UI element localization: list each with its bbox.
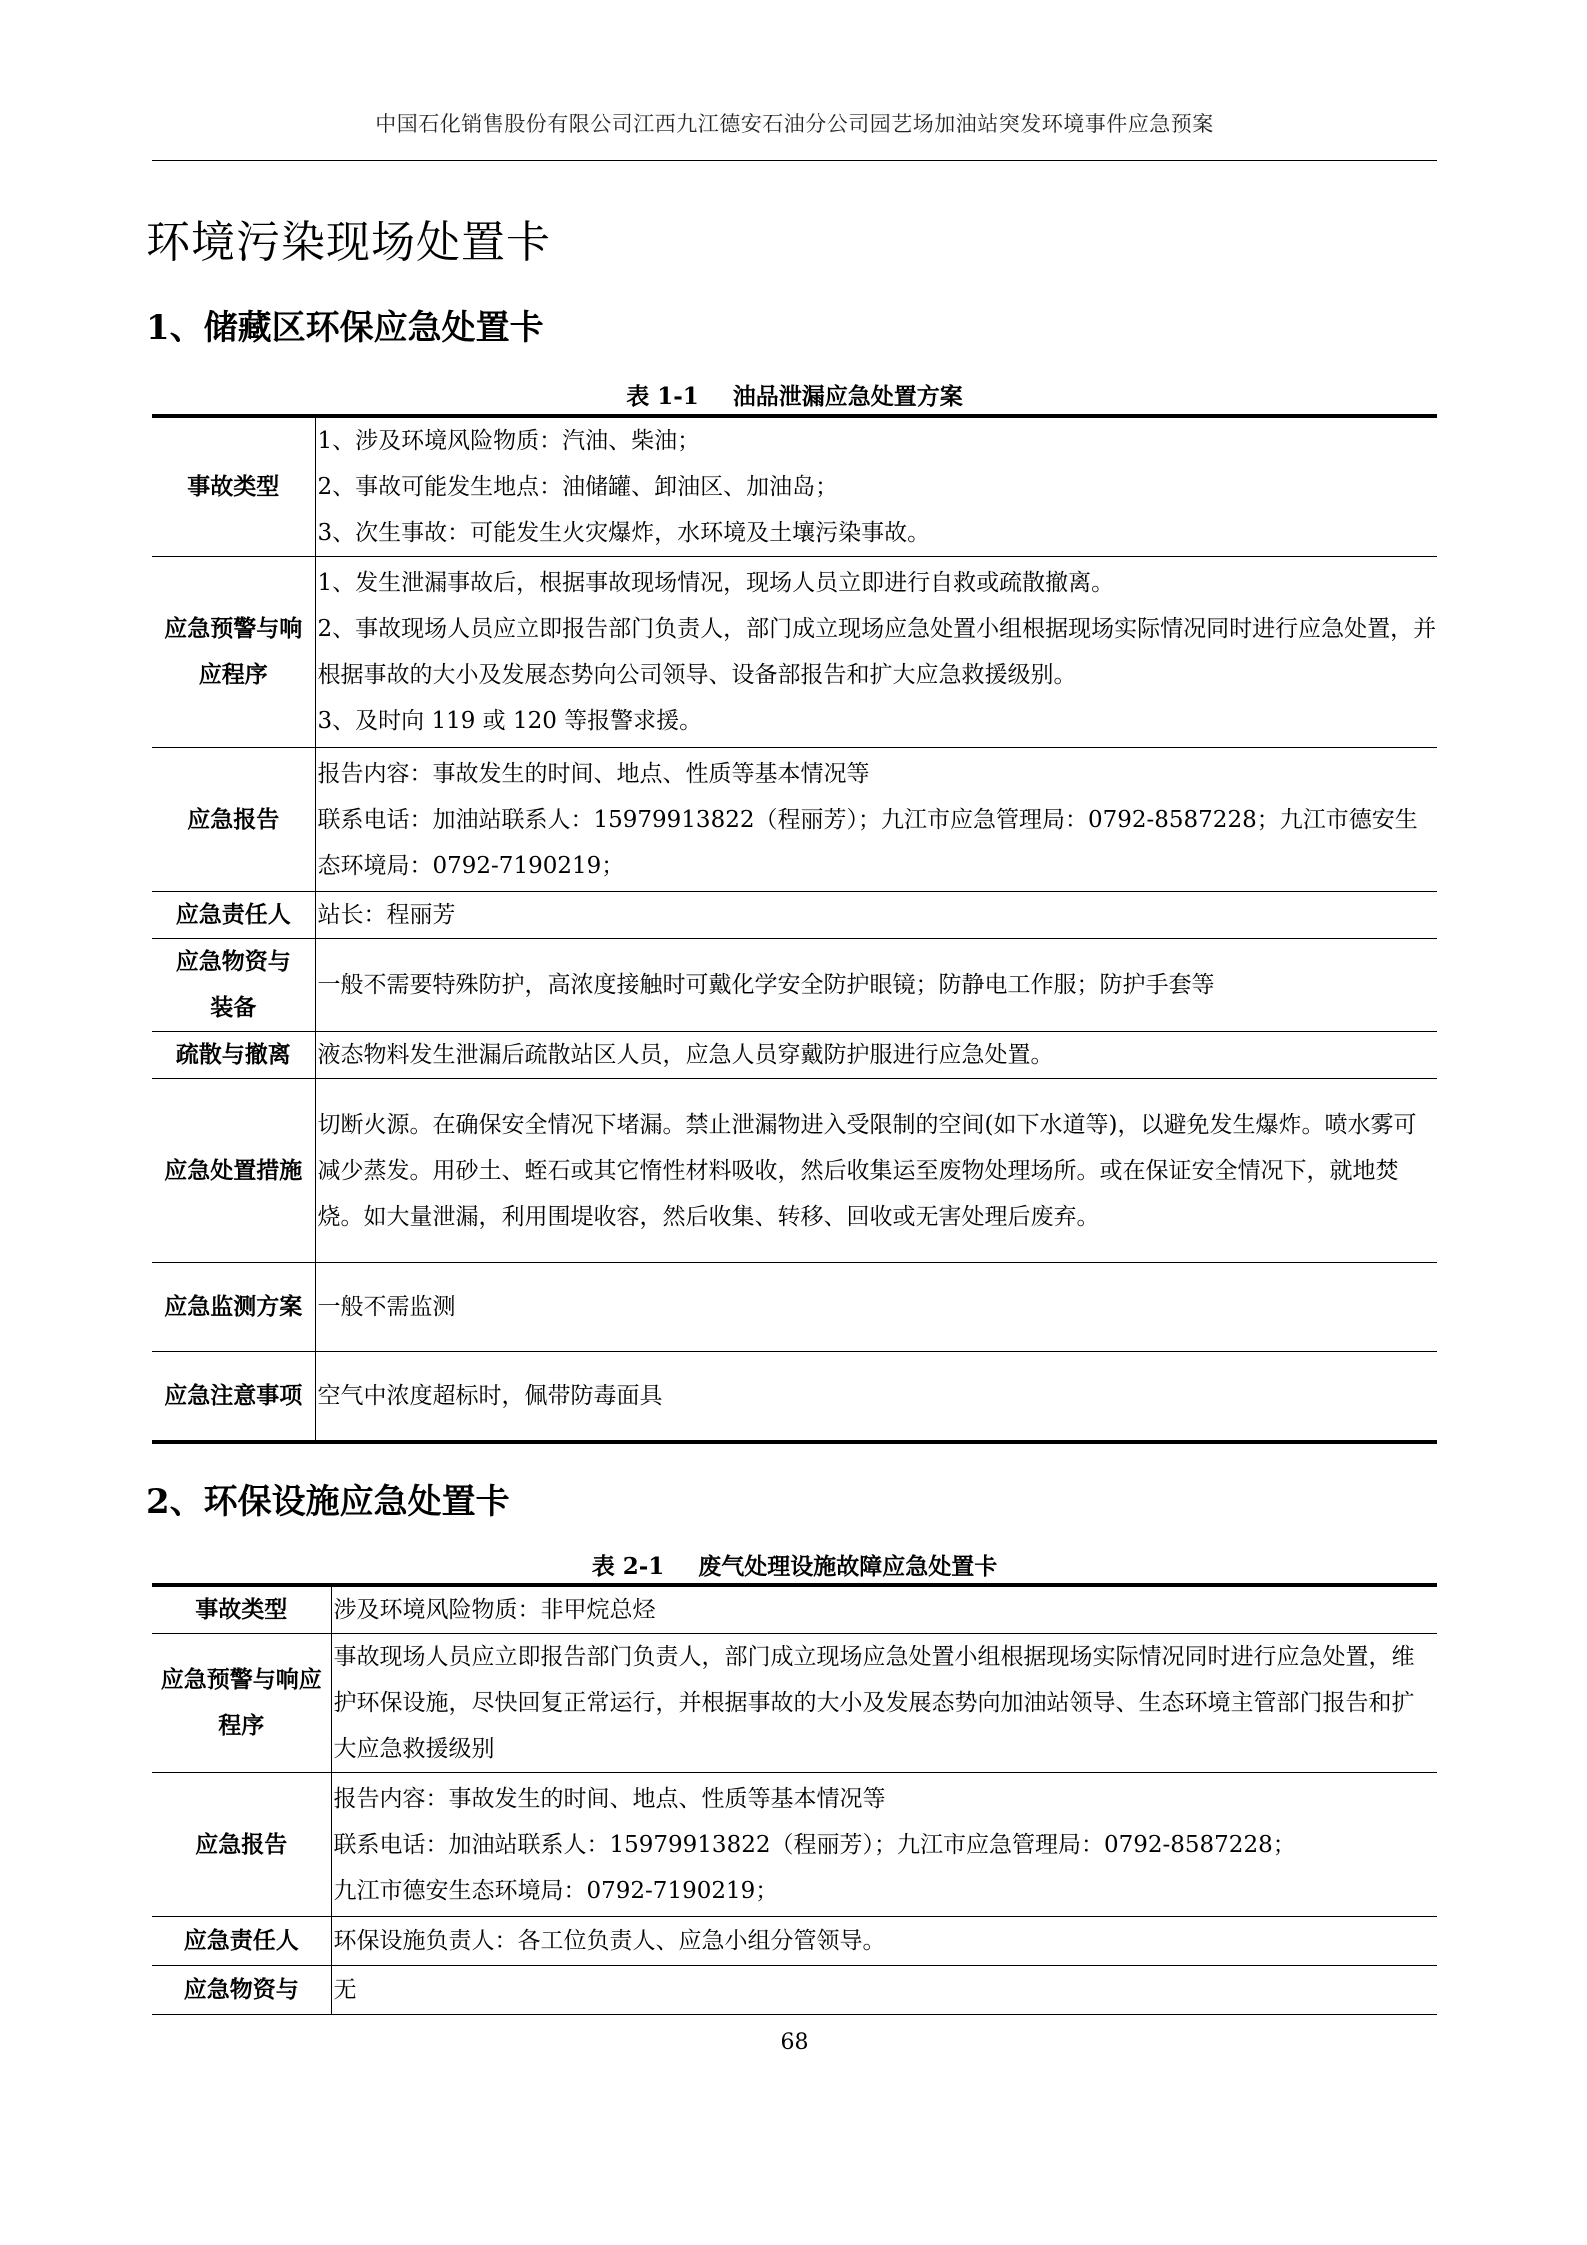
- table-exhaust-facility-failure: 事故类型 涉及环境风险物质：非甲烷总烃 应急预警与响应程序 事故现场人员应立即报…: [152, 1583, 1437, 2015]
- row-label: 应急处置措施: [152, 1079, 315, 1263]
- row-label: 应急物资与: [152, 1966, 331, 2015]
- table-row: 应急报告 报告内容：事故发生的时间、地点、性质等基本情况等 联系电话：加油站联系…: [152, 748, 1437, 892]
- value-line: 涉及环境风险物质：非甲烷总烃: [334, 1587, 1438, 1633]
- table-row: 应急处置措施 切断火源。在确保安全情况下堵漏。禁止泄漏物进入受限制的空间(如下水…: [152, 1079, 1437, 1263]
- section-heading-2: 2、环保设施应急处置卡: [146, 1474, 510, 1523]
- table-title: 废气处理设施故障应急处置卡: [698, 1553, 997, 1580]
- document-title: 环境污染现场处置卡: [146, 206, 551, 270]
- table-oil-spill-response: 事故类型 1、涉及环境风险物质：汽油、柴油； 2、事故可能发生地点：油储罐、卸油…: [152, 414, 1437, 1444]
- row-value: 报告内容：事故发生的时间、地点、性质等基本情况等 联系电话：加油站联系人：159…: [315, 748, 1437, 892]
- value-line: 报告内容：事故发生的时间、地点、性质等基本情况等: [334, 1776, 1438, 1822]
- value-line: 2、事故可能发生地点：油储罐、卸油区、加油岛；: [318, 464, 1438, 510]
- table-row: 应急责任人 环保设施负责人：各工位负责人、应急小组分管领导。: [152, 1917, 1437, 1966]
- value-line: 环保设施负责人：各工位负责人、应急小组分管领导。: [334, 1918, 1438, 1964]
- value-line: 液态物料发生泄漏后疏散站区人员，应急人员穿戴防护服进行应急处置。: [318, 1032, 1438, 1078]
- row-value: 切断火源。在确保安全情况下堵漏。禁止泄漏物进入受限制的空间(如下水道等)，以避免…: [315, 1079, 1437, 1263]
- value-line: 空气中浓度超标时，佩带防毒面具: [318, 1373, 1438, 1419]
- row-value: 环保设施负责人：各工位负责人、应急小组分管领导。: [331, 1917, 1437, 1966]
- row-label: 疏散与撤离: [152, 1032, 315, 1079]
- value-line: 九江市德安生态环境局：0792-7190219；: [334, 1868, 1438, 1914]
- row-value: 一般不需监测: [315, 1263, 1437, 1352]
- table-number: 表 2-1: [592, 1553, 665, 1580]
- row-label: 应急注意事项: [152, 1352, 315, 1443]
- row-value: 空气中浓度超标时，佩带防毒面具: [315, 1352, 1437, 1443]
- row-label: 事故类型: [152, 416, 315, 557]
- row-label: 应急责任人: [152, 892, 315, 939]
- row-value: 液态物料发生泄漏后疏散站区人员，应急人员穿戴防护服进行应急处置。: [315, 1032, 1437, 1079]
- row-label: 应急物资与装备: [152, 939, 315, 1032]
- page-number: 68: [152, 2030, 1437, 2055]
- value-line: 一般不需要特殊防护，高浓度接触时可戴化学安全防护眼镜；防静电工作服；防护手套等: [318, 962, 1438, 1008]
- value-line: 联系电话：加油站联系人：15979913822（程丽芳）；九江市应急管理局：07…: [318, 797, 1438, 889]
- header-divider: [152, 160, 1437, 161]
- row-value: 报告内容：事故发生的时间、地点、性质等基本情况等 联系电话：加油站联系人：159…: [331, 1773, 1437, 1917]
- table-row: 疏散与撤离 液态物料发生泄漏后疏散站区人员，应急人员穿戴防护服进行应急处置。: [152, 1032, 1437, 1079]
- value-line: 事故现场人员应立即报告部门负责人，部门成立现场应急处置小组根据现场实际情况同时进…: [334, 1634, 1438, 1772]
- value-line: 一般不需监测: [318, 1284, 1438, 1330]
- table-row: 应急责任人 站长：程丽芳: [152, 892, 1437, 939]
- row-value: 涉及环境风险物质：非甲烷总烃: [331, 1585, 1437, 1634]
- value-line: 3、及时向 119 或 120 等报警求援。: [318, 698, 1438, 744]
- value-line: 联系电话：加油站联系人：15979913822（程丽芳）；九江市应急管理局：07…: [334, 1822, 1438, 1868]
- row-value: 无: [331, 1966, 1437, 2015]
- table-caption-1-1: 表 1-1油品泄漏应急处置方案: [152, 378, 1437, 411]
- table-number: 表 1-1: [626, 383, 699, 410]
- value-line: 2、事故现场人员应立即报告部门负责人，部门成立现场应急处置小组根据现场实际情况同…: [318, 606, 1438, 698]
- row-label: 应急预警与响应程序: [152, 557, 315, 748]
- row-label: 应急报告: [152, 748, 315, 892]
- table-row: 应急物资与 无: [152, 1966, 1437, 2015]
- table-row: 应急预警与响应程序 事故现场人员应立即报告部门负责人，部门成立现场应急处置小组根…: [152, 1634, 1437, 1773]
- table-caption-2-1: 表 2-1废气处理设施故障应急处置卡: [152, 1548, 1437, 1581]
- value-line: 切断火源。在确保安全情况下堵漏。禁止泄漏物进入受限制的空间(如下水道等)，以避免…: [318, 1102, 1438, 1240]
- value-line: 3、次生事故：可能发生火灾爆炸，水环境及土壤污染事故。: [318, 510, 1438, 556]
- table-title: 油品泄漏应急处置方案: [733, 383, 963, 410]
- table-row: 事故类型 1、涉及环境风险物质：汽油、柴油； 2、事故可能发生地点：油储罐、卸油…: [152, 416, 1437, 557]
- table-row: 应急预警与响应程序 1、发生泄漏事故后，根据事故现场情况，现场人员立即进行自救或…: [152, 557, 1437, 748]
- row-value: 1、发生泄漏事故后，根据事故现场情况，现场人员立即进行自救或疏散撤离。 2、事故…: [315, 557, 1437, 748]
- running-header: 中国石化销售股份有限公司江西九江德安石油分公司园艺场加油站突发环境事件应急预案: [152, 108, 1437, 138]
- table-row: 应急注意事项 空气中浓度超标时，佩带防毒面具: [152, 1352, 1437, 1443]
- row-label: 应急责任人: [152, 1917, 331, 1966]
- row-value: 1、涉及环境风险物质：汽油、柴油； 2、事故可能发生地点：油储罐、卸油区、加油岛…: [315, 416, 1437, 557]
- table-row: 应急监测方案 一般不需监测: [152, 1263, 1437, 1352]
- value-line: 1、涉及环境风险物质：汽油、柴油；: [318, 418, 1438, 464]
- row-label: 应急预警与响应程序: [152, 1634, 331, 1773]
- row-value: 事故现场人员应立即报告部门负责人，部门成立现场应急处置小组根据现场实际情况同时进…: [331, 1634, 1437, 1773]
- table-row: 应急报告 报告内容：事故发生的时间、地点、性质等基本情况等 联系电话：加油站联系…: [152, 1773, 1437, 1917]
- row-label: 应急报告: [152, 1773, 331, 1917]
- value-line: 1、发生泄漏事故后，根据事故现场情况，现场人员立即进行自救或疏散撤离。: [318, 560, 1438, 606]
- row-label: 事故类型: [152, 1585, 331, 1634]
- value-line: 报告内容：事故发生的时间、地点、性质等基本情况等: [318, 751, 1438, 797]
- table-row: 事故类型 涉及环境风险物质：非甲烷总烃: [152, 1585, 1437, 1634]
- value-line: 无: [334, 1967, 1438, 2013]
- row-value: 一般不需要特殊防护，高浓度接触时可戴化学安全防护眼镜；防静电工作服；防护手套等: [315, 939, 1437, 1032]
- row-value: 站长：程丽芳: [315, 892, 1437, 939]
- table-row: 应急物资与装备 一般不需要特殊防护，高浓度接触时可戴化学安全防护眼镜；防静电工作…: [152, 939, 1437, 1032]
- row-label: 应急监测方案: [152, 1263, 315, 1352]
- value-line: 站长：程丽芳: [318, 892, 1438, 938]
- section-heading-1: 1、储藏区环保应急处置卡: [146, 300, 544, 349]
